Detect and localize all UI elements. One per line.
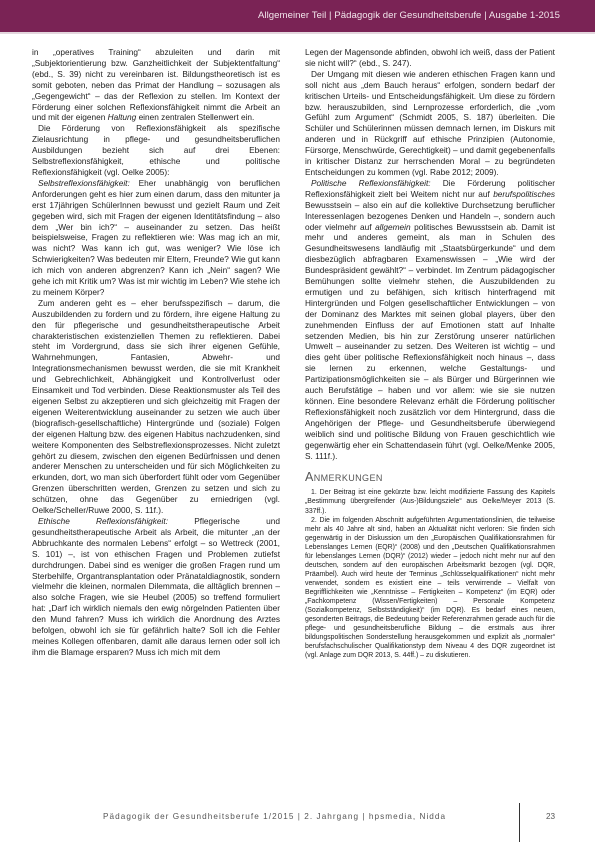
- paragraph: in „operatives Training“ abzuleiten und …: [32, 47, 280, 123]
- text-run: Eher unabhängig von beruflichen Anforder…: [32, 178, 280, 297]
- footer-divider: [519, 803, 520, 842]
- text-run: politisches Bewusstsein ab. Damit ist me…: [305, 222, 555, 461]
- paragraph: Der Umgang mit diesen wie anderen ethisc…: [305, 69, 555, 178]
- header-bar: Allgemeiner Teil | Pädagogik der Gesundh…: [0, 0, 595, 34]
- endnote-1: 1. Der Beitrag ist eine gekürzte bzw. le…: [305, 488, 555, 515]
- page-number: 23: [546, 812, 555, 821]
- text-run: in „operatives Training“ abzuleiten und …: [32, 47, 280, 122]
- subheading-inline: Ethische Reflexionsfähigkeit:: [38, 516, 168, 526]
- emphasis: allgemein: [375, 222, 411, 232]
- endnote-2: 2. Die im folgenden Abschnitt aufgeführt…: [305, 516, 555, 661]
- running-header: Allgemeiner Teil | Pädagogik der Gesundh…: [258, 10, 560, 21]
- text-run: Pflegerische und gesundheitstherapeutisc…: [32, 516, 280, 657]
- paragraph-political-reflection: Politische Reflexionsfähigkeit: Die Förd…: [305, 178, 555, 462]
- paragraph: Zum anderen geht es – eher berufsspezifi…: [32, 298, 280, 516]
- paragraph: Die Förderung von Reflexionsfähigkeit al…: [32, 123, 280, 178]
- subheading-inline: Politische Reflexionsfähigkeit:: [311, 178, 431, 188]
- left-column: in „operatives Training“ abzuleiten und …: [32, 47, 280, 658]
- emphasis: berufspolitisches: [493, 189, 555, 199]
- subheading-inline: Selbstreflexionsfähigkeit:: [38, 178, 130, 188]
- right-column: Legen der Magensonde abfinden, obwohl ic…: [305, 47, 555, 660]
- paragraph-self-reflection: Selbstreflexionsfähigkeit: Eher unabhäng…: [32, 178, 280, 298]
- emphasis: Haltung: [108, 112, 137, 122]
- paragraph: Legen der Magensonde abfinden, obwohl ic…: [305, 47, 555, 69]
- footer-publication-info: Pädagogik der Gesundheitsberufe 1/2015 |…: [103, 812, 446, 821]
- paragraph-ethical-reflection: Ethische Reflexionsfähigkeit: Pflegerisc…: [32, 516, 280, 658]
- notes-heading: Anmerkungen: [305, 470, 555, 484]
- text-run: einen zentralen Stellenwert ein.: [136, 112, 254, 122]
- endnotes: 1. Der Beitrag ist eine gekürzte bzw. le…: [305, 488, 555, 660]
